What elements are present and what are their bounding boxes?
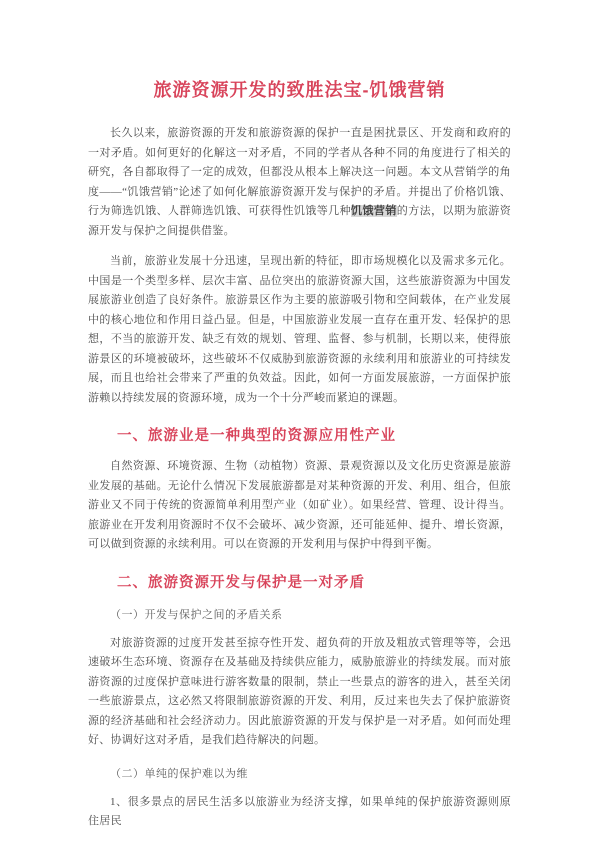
section2-sub2-heading: （二）单纯的保护难以为维 xyxy=(88,765,511,781)
document-page: 旅游资源开发的致胜法宝-饥饿营销 长久以来，旅游资源的开发和旅游资源的保护一直是… xyxy=(0,0,595,842)
section2-heading: 二、旅游资源开发与保护是一对矛盾 xyxy=(88,571,511,592)
section1-paragraph: 自然资源、环境资源、生物（动植物）资源、景观资源以及文化历史资源是旅游业发展的基… xyxy=(88,457,511,555)
section2-sub2-paragraph: 1、很多景点的居民生活多以旅游业为经济支撑，如果单纯的保护旅游资源则原住居民 xyxy=(88,793,511,832)
intro-text-before-highlight: 长久以来，旅游资源的开发和旅游资源的保护一直是困扰景区、开发商和政府的一对矛盾。… xyxy=(88,127,511,217)
section2-sub1-heading: （一）开发与保护之间的矛盾关系 xyxy=(88,606,511,622)
section1-heading: 一、旅游业是一种典型的资源应用性产业 xyxy=(88,424,511,445)
section2-sub1-paragraph: 对旅游资源的过度开发甚至掠夺性开发、超负荷的开放及粗放式管理等等，会迅速破坏生态… xyxy=(88,634,511,751)
background-paragraph: 当前，旅游业发展十分迅速，呈现出新的特征，即市场规模化以及需求多元化。中国是一个… xyxy=(88,252,511,408)
intro-paragraph: 长久以来，旅游资源的开发和旅游资源的保护一直是困扰景区、开发商和政府的一对矛盾。… xyxy=(88,124,511,241)
document-title: 旅游资源开发的致胜法宝-饥饿营销 xyxy=(88,76,511,102)
highlighted-keyword: 饥饿营销 xyxy=(351,205,397,217)
